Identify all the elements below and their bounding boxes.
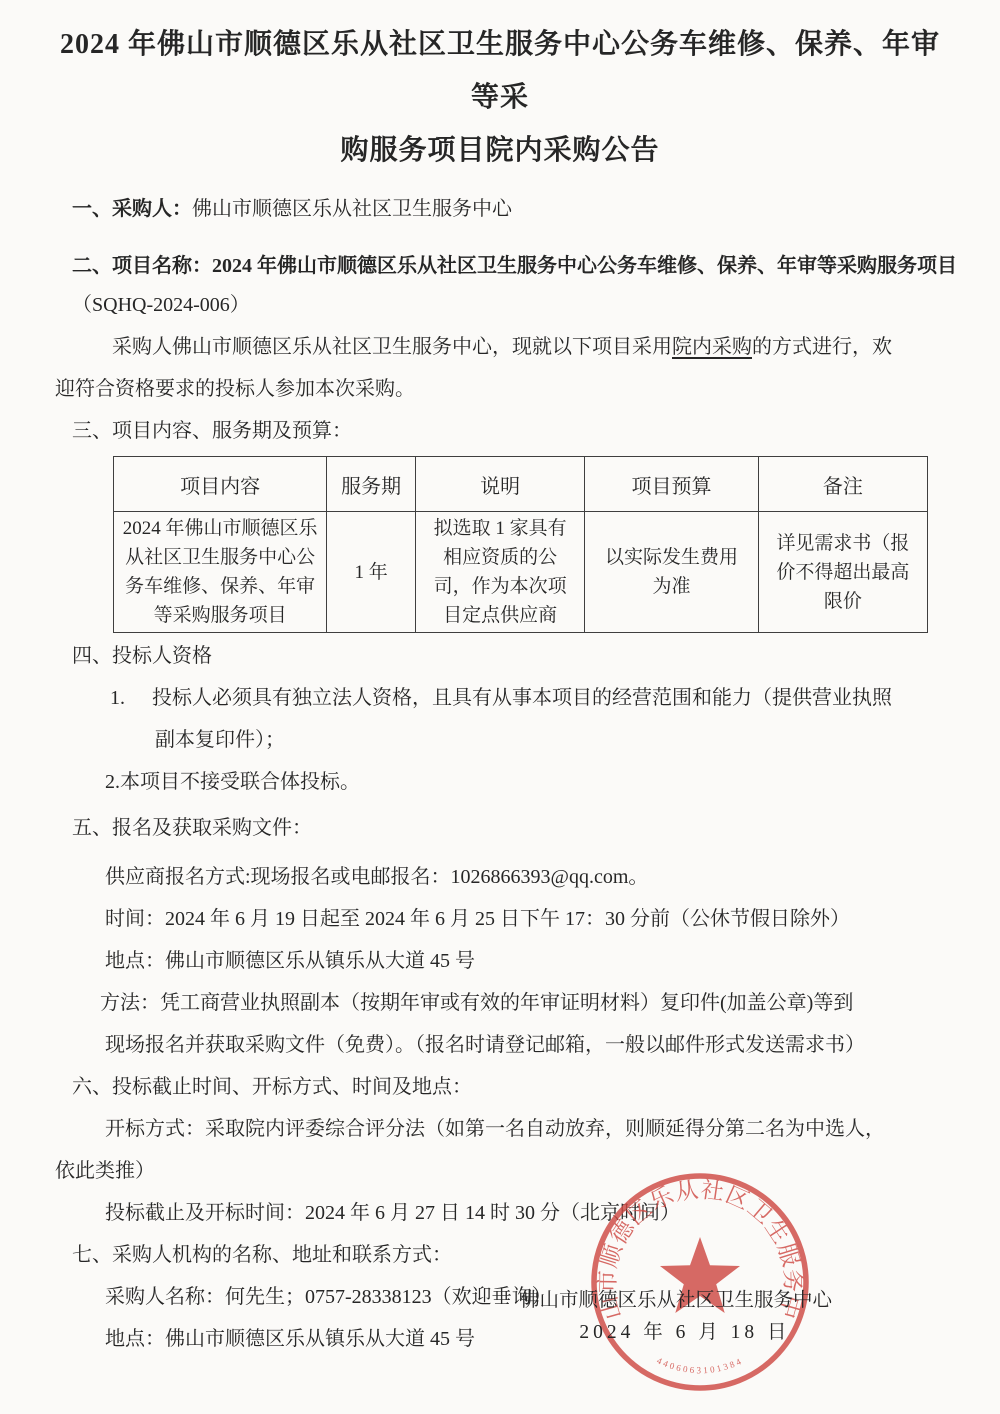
- item-1-text: 投标人必须具有独立法人资格，且具有从事本项目的经营范围和能力（提供营业执照: [152, 687, 892, 709]
- project-name-value: 2024 年佛山市顺德区乐从社区卫生服务中心公务车维修、保养、年审等采购服务项目: [212, 255, 957, 277]
- section-project-name: 二、项目名称：2024 年佛山市顺德区乐从社区卫生服务中心公务车维修、保养、年审…: [72, 245, 945, 287]
- document-title: 2024 年佛山市顺德区乐从社区卫生服务中心公务车维修、保养、年审等采 购服务项…: [55, 18, 945, 177]
- official-seal: 佛山市顺德区乐从社区卫生服务中心 4406063101384: [584, 1166, 816, 1398]
- table-cell-remark: 详见需求书（报 价不得超出最高 限价: [758, 512, 927, 633]
- svg-text:4406063101384: 4406063101384: [655, 1355, 744, 1375]
- registration-time-line: 时间：2024 年 6 月 19 日起至 2024 年 6 月 25 日下午 1…: [105, 898, 945, 940]
- signature-date: 2024 年 6 月 18 日: [520, 1318, 850, 1348]
- table-header-remark: 备注: [758, 457, 927, 512]
- intro-underlined-term: 院内采购: [672, 336, 752, 358]
- table-cell-note: 拟选取 1 家具有 相应资质的公 司，作为本次项 目定点供应商: [415, 512, 584, 633]
- bid-deadline-line: 投标截止及开标时间：2024 年 6 月 27 日 14 时 30 分（北京时间…: [105, 1192, 945, 1234]
- registration-method-line: 供应商报名方式:现场报名或电邮报名：1026866393@qq.com。: [105, 856, 945, 898]
- intro-text-pre: 采购人佛山市顺德区乐从社区卫生服务中心，现就以下项目采用: [112, 336, 672, 358]
- project-code: （SQHQ-2024-006）: [72, 287, 945, 323]
- section-6-heading: 六、投标截止时间、开标方式、时间及地点：: [72, 1066, 945, 1108]
- project-table: 项目内容 服务期 说明 项目预算 备注 2024 年佛山市顺德区乐 从社区卫生服…: [113, 456, 928, 633]
- item-1-marker: 1.: [110, 677, 152, 719]
- purchaser-value: 佛山市顺德区乐从社区卫生服务中心: [192, 198, 512, 220]
- bid-opening-method-line-1: 开标方式：采取院内评委综合评分法（如第一名自动放弃，则顺延得分第二名为中选人，: [105, 1108, 945, 1150]
- qualification-item-1-line-2: 副本复印件）；: [155, 719, 945, 761]
- qualification-item-2: 2.本项目不接受联合体投标。: [105, 761, 945, 803]
- table-cell-content: 2024 年佛山市顺德区乐 从社区卫生服务中心公 务车维修、保养、年审 等采购服…: [114, 512, 327, 633]
- intro-text-post: 的方式进行，欢: [752, 336, 892, 358]
- intro-paragraph-line-1: 采购人佛山市顺德区乐从社区卫生服务中心，现就以下项目采用院内采购的方式进行，欢: [55, 326, 945, 368]
- signature-block: 佛山市顺德区乐从社区卫生服务中心 2024 年 6 月 18 日: [520, 1286, 850, 1348]
- signature-org: 佛山市顺德区乐从社区卫生服务中心: [520, 1286, 850, 1316]
- section-purchaser: 一、采购人：佛山市顺德区乐从社区卫生服务中心: [72, 188, 945, 230]
- registration-procedure-line-1: 方法：凭工商营业执照副本（按期年审或有效的年审证明材料）复印件(加盖公章)等到: [100, 982, 945, 1024]
- section-5-heading: 五、报名及获取采购文件：: [72, 807, 945, 849]
- project-name-label: 二、项目名称：: [72, 255, 212, 277]
- title-line-1: 2024 年佛山市顺德区乐从社区卫生服务中心公务车维修、保养、年审等采: [55, 18, 945, 124]
- seal-number: 4406063101384: [655, 1355, 744, 1375]
- table-header-row: 项目内容 服务期 说明 项目预算 备注: [114, 457, 928, 512]
- section-4-heading: 四、投标人资格: [72, 635, 945, 677]
- table-cell-budget: 以实际发生费用 为准: [585, 512, 758, 633]
- qualification-item-1-line-1: 1.投标人必须具有独立法人资格，且具有从事本项目的经营范围和能力（提供营业执照: [110, 677, 945, 719]
- registration-location-line: 地点：佛山市顺德区乐从镇乐从大道 45 号: [105, 940, 945, 982]
- table-header-content: 项目内容: [114, 457, 327, 512]
- table-header-note: 说明: [415, 457, 584, 512]
- document-page: 2024 年佛山市顺德区乐从社区卫生服务中心公务车维修、保养、年审等采 购服务项…: [0, 0, 1000, 1414]
- table-header-period: 服务期: [327, 457, 416, 512]
- table-cell-period: 1 年: [327, 512, 416, 633]
- table-row: 2024 年佛山市顺德区乐 从社区卫生服务中心公 务车维修、保养、年审 等采购服…: [114, 512, 928, 633]
- intro-paragraph-line-2: 迎符合资格要求的投标人参加本次采购。: [55, 368, 945, 410]
- table-header-budget: 项目预算: [585, 457, 758, 512]
- section-3-heading: 三、项目内容、服务期及预算：: [72, 410, 945, 452]
- title-line-2: 购服务项目院内采购公告: [55, 124, 945, 177]
- registration-procedure-line-2: 现场报名并获取采购文件（免费）。（报名时请登记邮箱，一般以邮件形式发送需求书）: [105, 1024, 945, 1066]
- purchaser-label: 一、采购人：: [72, 198, 192, 220]
